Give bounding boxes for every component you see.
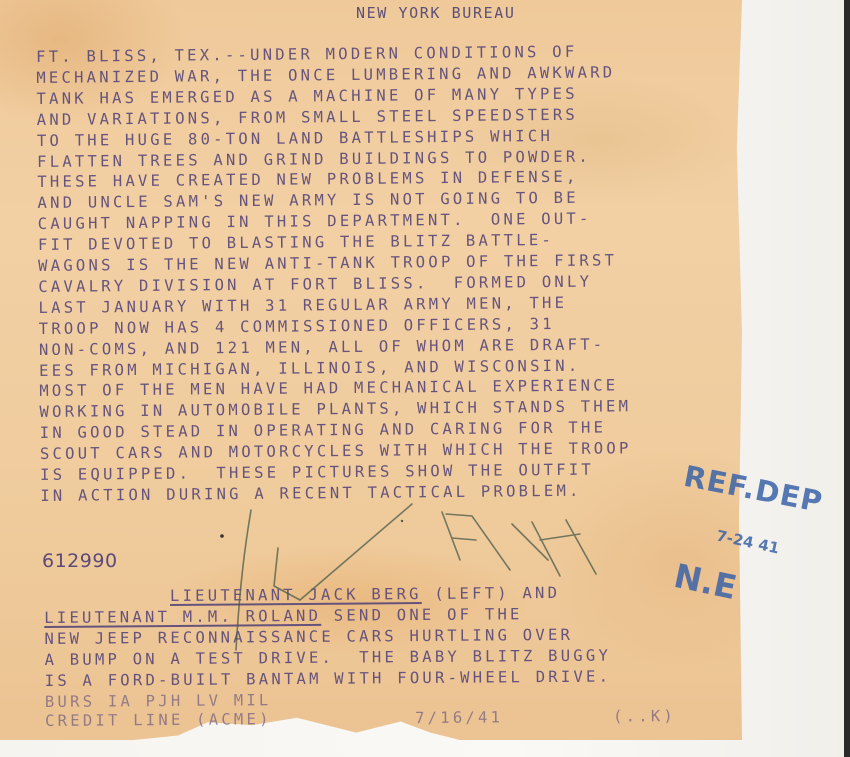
distribution-codes: BURS IA PJH LV MIL (45, 691, 272, 711)
scan-edge (844, 0, 850, 757)
caption-suffix: (..K) (613, 707, 676, 725)
caption-name-1: LIEUTENANT JACK BERG (170, 585, 422, 605)
caption-line-2: LIEUTENANT M.M. ROLAND SEND ONE OF THE (44, 605, 523, 627)
bureau-header: NEW YORK BUREAU (356, 4, 515, 22)
credit-line: CREDIT LINE (ACME) (45, 710, 272, 730)
negative-number: 612990 (42, 550, 118, 572)
caption-date: 7/16/41 (415, 708, 503, 727)
caption-name-2: LIEUTENANT M.M. ROLAND (44, 607, 321, 627)
